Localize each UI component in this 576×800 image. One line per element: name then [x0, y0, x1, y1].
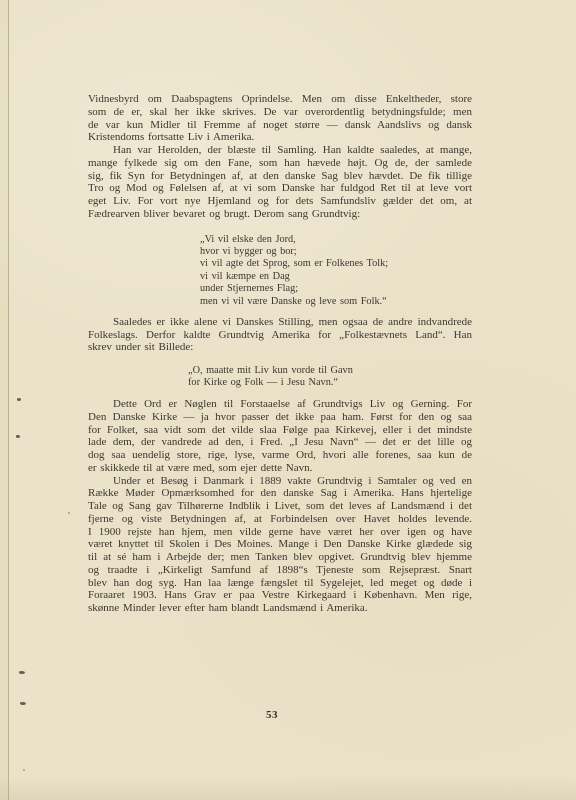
- text-line: for Folket, saa vidt som det vilde slaa …: [88, 424, 472, 437]
- page-number: 53: [88, 709, 456, 721]
- text-line: og traadte i „Kirkeligt Samfund af 1898“…: [88, 564, 472, 577]
- text-line: „O, maatte mit Liv kun vorde til Gavn: [188, 365, 472, 377]
- verse-block: „Vi vil elske den Jord,hvor vi bygger og…: [200, 234, 472, 308]
- text-line: „Vi vil elske den Jord,: [200, 234, 472, 246]
- text-line: Saaledes er ikke alene vi Danskes Stilli…: [88, 316, 472, 329]
- verse-block: „O, maatte mit Liv kun vorde til Gavnfor…: [188, 365, 472, 388]
- paragraph: Saaledes er ikke alene vi Danskes Stilli…: [88, 316, 472, 354]
- text-line: Række Møder Opmærksomhed for den danske …: [88, 487, 472, 500]
- text-line: skrev under sit Billede:: [88, 341, 472, 354]
- text-line: som de er, skal her ikke skrives. De var…: [88, 106, 472, 119]
- text-line: lade dem, der vandrede ad den, i Fred. „…: [88, 436, 472, 449]
- binding-mark: [20, 702, 26, 705]
- ink-speck: [16, 435, 20, 438]
- text-block: Vidnesbyrd om Daabspagtens Oprindelse. M…: [88, 93, 472, 615]
- text-line: skønne Minder lever efter ham blandt Lan…: [88, 602, 472, 615]
- text-line: Tro og Mod og Følelsen af, at vi som Dan…: [88, 182, 472, 195]
- binding-mark: [19, 671, 25, 674]
- paragraph: Under et Besøg i Danmark i 1889 vakte Gr…: [88, 475, 472, 615]
- text-line: hvor vi bygger og bor;: [200, 246, 472, 258]
- scanned-book-page: Vidnesbyrd om Daabspagtens Oprindelse. M…: [0, 0, 576, 800]
- text-line: de var kun Midler til Fremme af noget st…: [88, 119, 472, 132]
- text-line: men vi vil være Danske og leve som Folk.…: [200, 296, 472, 308]
- text-line: Kristendoms fortsatte Liv i Amerika.: [88, 131, 472, 144]
- text-line: Folkeslags. Derfor kaldte Grundtvig Amer…: [88, 329, 472, 342]
- text-line: dog saa uendelig store, rige, lyse, varm…: [88, 449, 472, 462]
- text-line: mange fylkede sig om den Fane, som han h…: [88, 157, 472, 170]
- paragraph: Dette Ord er Nøglen til Forstaaelse af G…: [88, 398, 472, 475]
- text-line: vi vil agte det Sprog, som er Folkenes T…: [200, 258, 472, 270]
- text-line: Han var Herolden, der blæste til Samling…: [88, 144, 472, 157]
- text-line: eget Liv. For vort nye Hjemland og for d…: [88, 195, 472, 208]
- paragraph: Han var Herolden, der blæste til Samling…: [88, 144, 472, 221]
- text-line: til at sé ham i Arbejde der; men Tanken …: [88, 551, 472, 564]
- text-line: Foraaret 1903. Hans Grav er paa Vestre K…: [88, 589, 472, 602]
- text-line: Tale og Sang gav Tilhørerne Indblik i Li…: [88, 500, 472, 513]
- text-line: Under et Besøg i Danmark i 1889 vakte Gr…: [88, 475, 472, 488]
- text-line: for Kirke og Folk — i Jesu Navn.“: [188, 377, 472, 389]
- text-line: I 1900 rejste han hjem, men vilde gerne …: [88, 526, 472, 539]
- ink-speck: [17, 398, 21, 401]
- ink-speck: [68, 512, 70, 514]
- page-fold-line: [8, 0, 9, 800]
- text-line: under Stjernernes Flag;: [200, 283, 472, 295]
- text-line: været knyttet til Skolen i Des Moines. M…: [88, 538, 472, 551]
- text-line: Vidnesbyrd om Daabspagtens Oprindelse. M…: [88, 93, 472, 106]
- text-line: Den Danske Kirke — ja hvor passer det ik…: [88, 411, 472, 424]
- text-line: Fædrearven bliver bevaret og brugt. Dero…: [88, 208, 472, 221]
- text-line: fjerne og viste Betydningen af, at Forbi…: [88, 513, 472, 526]
- text-line: sig, fik Syn for Betydningen af, at den …: [88, 170, 472, 183]
- text-line: er skikkede til at være med, som ejer de…: [88, 462, 472, 475]
- text-line: Dette Ord er Nøglen til Forstaaelse af G…: [88, 398, 472, 411]
- text-line: blev han dog syg. Han laa længe fængslet…: [88, 577, 472, 590]
- text-line: vi vil kæmpe en Dag: [200, 271, 472, 283]
- paragraph: Vidnesbyrd om Daabspagtens Oprindelse. M…: [88, 93, 472, 144]
- ink-speck: [23, 769, 25, 771]
